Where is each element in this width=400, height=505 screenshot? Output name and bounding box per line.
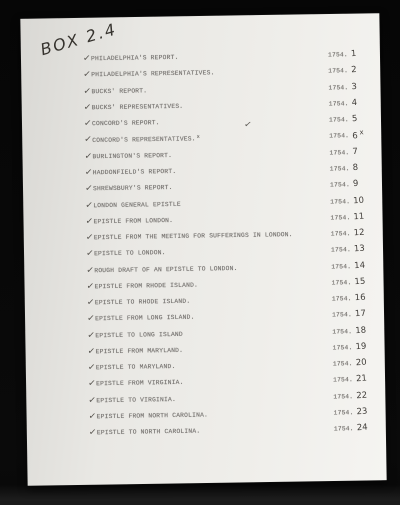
entry-year: 1754. bbox=[334, 425, 354, 432]
entry-title-wrap: EPISTLE TO MARYLAND. bbox=[96, 363, 176, 371]
entry-number-wrap: 17 bbox=[355, 309, 366, 320]
entry-number-wrap: 4 bbox=[351, 98, 357, 108]
entry-title-wrap: BUCKS' REPORT. bbox=[91, 87, 147, 95]
entry-title: EPISTLE TO MARYLAND. bbox=[96, 363, 176, 371]
entry-title-wrap: EPISTLE TO VIRGINIA. bbox=[96, 396, 176, 404]
entry-year: 1754. bbox=[329, 149, 349, 156]
checkmark-icon: ✓ bbox=[83, 101, 91, 113]
photo-background: BOX 2.4 ✓ PHILADELPHIA'S REPORT. 1754. 1… bbox=[0, 0, 400, 505]
entry-title-wrap: CONCORD'S REPRESENTATIVES.x bbox=[92, 134, 200, 144]
checkmark-icon: ✓ bbox=[84, 118, 92, 130]
entry-year: 1754. bbox=[332, 295, 352, 302]
entry-title-wrap: EPISTLE FROM MARYLAND. bbox=[96, 347, 184, 355]
entry-year: 1754. bbox=[331, 263, 351, 270]
entry-number: 3 bbox=[351, 81, 357, 91]
entry-title: PHILADELPHIA'S REPORT. bbox=[91, 54, 179, 62]
checkmark-icon: ✓ bbox=[83, 85, 91, 97]
entry-number: 17 bbox=[355, 309, 366, 320]
entry-number-wrap: 8 bbox=[352, 163, 358, 173]
checkmark-icon: ✓ bbox=[84, 150, 92, 162]
entry-title: EPISTLE TO VIRGINIA. bbox=[96, 396, 176, 404]
entry-title: EPISTLE TO RHODE ISLAND. bbox=[95, 298, 191, 306]
entry-number-wrap: 18 bbox=[355, 325, 366, 336]
entry-year: 1754. bbox=[329, 116, 349, 123]
entry-title-wrap: EPISTLE TO RHODE ISLAND. bbox=[95, 298, 191, 306]
entry-number: 14 bbox=[354, 260, 365, 271]
entry-title-wrap: PHILADELPHIA'S REPORT. bbox=[91, 54, 179, 62]
checkmark-icon: ✓ bbox=[88, 394, 96, 406]
entry-year: 1754. bbox=[330, 198, 350, 205]
entry-number: 1 bbox=[351, 49, 357, 59]
entry-title: CONCORD'S REPRESENTATIVES. bbox=[92, 136, 196, 145]
entry-number-wrap: 7 bbox=[352, 147, 358, 157]
entry-title-wrap: EPISTLE FROM NORTH CAROLINA. bbox=[97, 411, 209, 420]
inventory-list: ✓ PHILADELPHIA'S REPORT. 1754. 1 ✓ PHILA… bbox=[21, 46, 386, 442]
checkmark-icon: ✓ bbox=[88, 427, 96, 439]
entry-title: BUCKS' REPORT. bbox=[91, 87, 147, 95]
checkmark-icon: ✓ bbox=[86, 297, 94, 309]
entry-title: ROUGH DRAFT OF AN EPISTLE TO LONDON. bbox=[94, 265, 237, 274]
entry-year: 1754. bbox=[331, 246, 351, 253]
entry-number-wrap: 20 bbox=[355, 358, 366, 369]
entry-number: 22 bbox=[356, 390, 367, 401]
entry-title: EPISTLE FROM LONG ISLAND. bbox=[95, 314, 195, 323]
entry-number: 20 bbox=[355, 358, 366, 369]
checkmark-icon: ✓ bbox=[83, 69, 91, 81]
entry-number-wrap: 16 bbox=[354, 293, 365, 304]
entry-number-wrap: 3 bbox=[351, 81, 357, 91]
checkmark-icon: ✓ bbox=[84, 167, 92, 179]
entry-number: 21 bbox=[356, 374, 367, 385]
entry-number: 2 bbox=[351, 65, 357, 75]
checkmark-icon: ✓ bbox=[84, 134, 92, 146]
entry-title: EPISTLE TO LONG ISLAND bbox=[95, 330, 183, 338]
entry-year: 1754. bbox=[333, 393, 353, 400]
entry-year: 1754. bbox=[332, 312, 352, 319]
entry-number: 5 bbox=[352, 114, 358, 124]
entry-title-wrap: HADDONFIELD'S REPORT. bbox=[93, 168, 177, 176]
entry-title: EPISTLE FROM MARYLAND. bbox=[96, 347, 184, 355]
entry-title-wrap: EPISTLE TO NORTH CAROLINA. bbox=[97, 428, 201, 437]
entry-number-wrap: 2 bbox=[351, 65, 357, 75]
entry-year: 1754. bbox=[333, 377, 353, 384]
entry-number: 8 bbox=[352, 163, 358, 173]
entry-number-mark: x bbox=[359, 129, 364, 137]
entry-number: 23 bbox=[356, 407, 367, 418]
entry-number-wrap: 9 bbox=[353, 179, 359, 189]
entry-number: 11 bbox=[353, 211, 364, 222]
entry-title: HADDONFIELD'S REPORT. bbox=[93, 168, 177, 176]
entry-title: PHILADELPHIA'S REPRESENTATIVES. bbox=[91, 70, 214, 79]
entry-number: 12 bbox=[353, 228, 364, 239]
checkmark-icon: ✓ bbox=[87, 345, 95, 357]
entry-number: 7 bbox=[352, 147, 358, 157]
entry-number-wrap: 14 bbox=[354, 260, 365, 271]
entry-title: EPISTLE FROM THE MEETING FOR SUFFERINGS … bbox=[94, 231, 293, 241]
entry-title-wrap: EPISTLE FROM THE MEETING FOR SUFFERINGS … bbox=[94, 231, 293, 241]
checkmark-icon: ✓ bbox=[88, 378, 96, 390]
entry-year: 1754. bbox=[329, 100, 349, 107]
entry-title: EPISTLE TO LONDON. bbox=[94, 249, 166, 257]
entry-title: BURLINGTON'S REPORT. bbox=[92, 152, 172, 160]
checkmark-icon: ✓ bbox=[83, 53, 91, 65]
entry-number: 16 bbox=[354, 293, 365, 304]
entry-number-wrap: 24 bbox=[356, 423, 367, 434]
entry-year: 1754. bbox=[333, 360, 353, 367]
entry-number: 13 bbox=[354, 244, 365, 255]
entry-title-wrap: ROUGH DRAFT OF AN EPISTLE TO LONDON. bbox=[94, 265, 237, 274]
entry-year: 1754. bbox=[328, 51, 348, 58]
photo-frame-edge bbox=[0, 499, 400, 505]
checkmark-icon: ✓ bbox=[86, 264, 94, 276]
entry-year: 1754. bbox=[332, 328, 352, 335]
checkmark-icon: ✓ bbox=[88, 410, 96, 422]
entry-year: 1754. bbox=[330, 181, 350, 188]
entry-title-wrap: BURLINGTON'S REPORT. bbox=[92, 152, 172, 160]
entry-title-wrap: SHREWSBURY'S REPORT. bbox=[93, 184, 173, 192]
checkmark-icon: ✓ bbox=[87, 313, 95, 325]
checkmark-icon: ✓ bbox=[86, 280, 94, 292]
entry-title: LONDON GENERAL EPISTLE bbox=[93, 200, 181, 208]
entry-title-wrap: PHILADELPHIA'S REPRESENTATIVES. bbox=[91, 70, 214, 79]
entry-year: 1754. bbox=[328, 84, 348, 91]
entry-title-wrap: EPISTLE FROM VIRGINIA. bbox=[96, 379, 184, 387]
entry-title: BUCKS' REPRESENTATIVES. bbox=[92, 103, 184, 111]
entry-number-wrap: 13 bbox=[354, 244, 365, 255]
entry-number-wrap: 1 bbox=[351, 49, 357, 59]
checkmark-icon: ✓ bbox=[85, 183, 93, 195]
entry-title: CONCORD'S REPORT. bbox=[92, 119, 160, 127]
entry-year: 1754. bbox=[330, 214, 350, 221]
entry-title: EPISTLE FROM LONDON. bbox=[93, 217, 173, 225]
entry-number-wrap: 12 bbox=[353, 228, 364, 239]
entry-number: 19 bbox=[355, 341, 366, 352]
entry-number-wrap: 22 bbox=[356, 390, 367, 401]
entry-number-wrap: 19 bbox=[355, 341, 366, 352]
entry-number: 15 bbox=[354, 276, 365, 287]
entry-title-wrap: EPISTLE TO LONDON. bbox=[94, 249, 166, 257]
entry-number-wrap: 21 bbox=[356, 374, 367, 385]
entry-title-wrap: EPISTLE FROM LONDON. bbox=[93, 217, 173, 225]
entry-number: 6 bbox=[352, 132, 358, 142]
entry-number-wrap: 6x bbox=[352, 129, 364, 142]
entry-title: EPISTLE FROM VIRGINIA. bbox=[96, 379, 184, 387]
checkmark-icon: ✓ bbox=[85, 232, 93, 244]
checkmark-icon: ✓ bbox=[87, 329, 95, 341]
entry-title: EPISTLE FROM RHODE ISLAND. bbox=[95, 281, 199, 290]
entry-title: EPISTLE TO NORTH CAROLINA. bbox=[97, 428, 201, 437]
entry-year: 1754. bbox=[329, 133, 349, 140]
entry-title-wrap: BUCKS' REPRESENTATIVES. bbox=[92, 103, 184, 111]
entry-number-wrap: 15 bbox=[354, 276, 365, 287]
entry-title-wrap: EPISTLE FROM LONG ISLAND. bbox=[95, 314, 195, 323]
checkmark-icon: ✓ bbox=[87, 362, 95, 374]
entry-number: 9 bbox=[353, 179, 359, 189]
entry-year: 1754. bbox=[331, 279, 351, 286]
entry-year: 1754. bbox=[330, 165, 350, 172]
entry-number-wrap: 10 bbox=[353, 195, 364, 206]
checkmark-icon: ✓ bbox=[85, 215, 93, 227]
checkmark-icon: ✓ bbox=[85, 199, 93, 211]
entry-title-wrap: CONCORD'S REPORT. bbox=[92, 119, 160, 127]
entry-title-mark: x bbox=[197, 134, 200, 140]
entry-number: 18 bbox=[355, 325, 366, 336]
entry-number-wrap: 11 bbox=[353, 211, 364, 222]
entry-title-wrap: LONDON GENERAL EPISTLE bbox=[93, 200, 181, 208]
entry-year: 1754. bbox=[333, 344, 353, 351]
entry-number: 24 bbox=[356, 423, 367, 434]
entry-title: EPISTLE FROM NORTH CAROLINA. bbox=[97, 411, 209, 420]
entry-title-wrap: EPISTLE FROM RHODE ISLAND. bbox=[95, 281, 199, 290]
entry-number-wrap: 23 bbox=[356, 407, 367, 418]
entry-title-wrap: EPISTLE TO LONG ISLAND bbox=[95, 330, 183, 338]
entry-year: 1754. bbox=[328, 68, 348, 75]
checkmark-icon: ✓ bbox=[86, 248, 94, 260]
entry-number: 4 bbox=[351, 98, 357, 108]
entry-number-wrap: 5 bbox=[352, 114, 358, 124]
entry-number: 10 bbox=[353, 195, 364, 206]
document-page: BOX 2.4 ✓ PHILADELPHIA'S REPORT. 1754. 1… bbox=[20, 13, 386, 486]
entry-title: SHREWSBURY'S REPORT. bbox=[93, 184, 173, 192]
entry-year: 1754. bbox=[334, 409, 354, 416]
entry-year: 1754. bbox=[331, 230, 351, 237]
